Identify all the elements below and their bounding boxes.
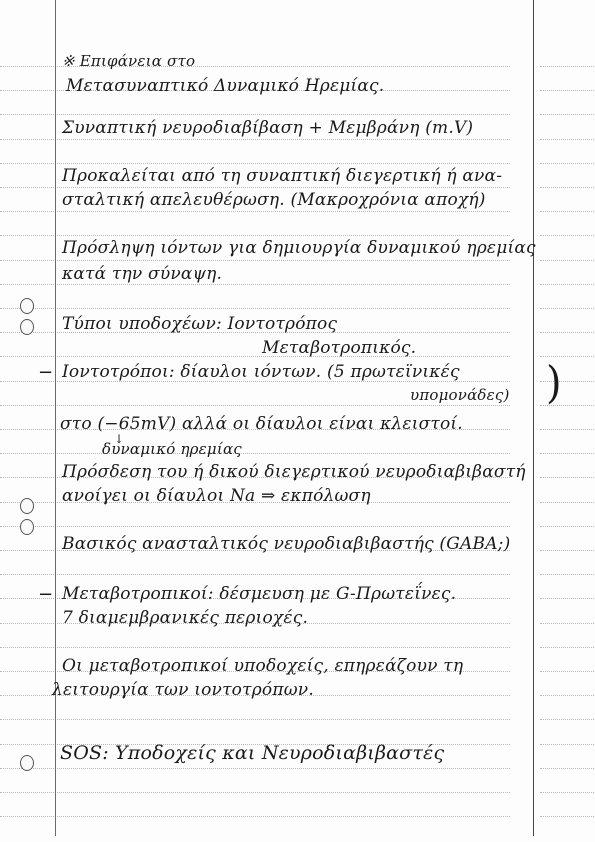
ruled-line [540, 719, 595, 720]
ruled-line [540, 453, 595, 454]
note-line: Πρόσληψη ιόντων για δημιουργία δυναμικού… [62, 238, 536, 258]
ruled-line [0, 114, 510, 115]
ruled-line [540, 332, 595, 333]
note-line: στο (−65mV) αλλά οι δίαυλοι είναι κλειστ… [60, 414, 463, 434]
ruled-line [0, 211, 510, 212]
left-margin-line [55, 0, 56, 836]
ruled-line [540, 139, 595, 140]
ruled-line [0, 453, 510, 454]
note-line: Πρόσδεση του ή δικού διεγερτικού νευροδι… [62, 462, 526, 482]
note-line: λειτουργία των ιοντοτρόπων. [52, 680, 314, 700]
ruled-line [540, 211, 595, 212]
note-line: ※ Επιφάνεια στο [62, 52, 195, 70]
note-line: Μεταβοτροπικοί: δέσμευση με G-Πρωτεΐνες. [62, 584, 456, 604]
ruled-line [540, 526, 595, 527]
ruled-line [540, 477, 595, 478]
ruled-line [0, 163, 510, 164]
note-line: υπομονάδες) [410, 386, 510, 404]
ruled-line [0, 816, 510, 817]
ruled-line [0, 792, 510, 793]
ruled-line [540, 284, 595, 285]
ruled-line [540, 235, 595, 236]
ruled-line [540, 574, 595, 575]
ruled-line [0, 405, 510, 406]
note-line: 7 διαμεμβρανικές περιοχές. [62, 608, 308, 628]
ruled-line [540, 308, 595, 309]
note-line: Προκαλείται από τη συναπτική διεγερτική … [62, 166, 502, 186]
note-line: Βασικός ανασταλτικός νευροδιαβιβαστής (G… [62, 534, 510, 554]
note-line: κατά την σύναψη. [62, 264, 222, 284]
ruled-line [0, 284, 510, 285]
hole-punch [20, 319, 34, 335]
ruled-line [0, 574, 510, 575]
note-line: σταλτική απελευθέρωση. (Μακροχρόνια αποχ… [62, 190, 486, 210]
ruled-line [540, 647, 595, 648]
note-line: Συναπτική νευροδιαβίβαση + Μεμβράνη (m.V… [62, 118, 473, 138]
hole-punch [20, 298, 34, 314]
right-margin-line [533, 0, 534, 836]
note-line: SOS: Υποδοχείς και Νευροδιαβιβαστές [60, 742, 444, 764]
ruled-line [540, 792, 595, 793]
ruled-line [0, 235, 510, 236]
ruled-line [540, 671, 595, 672]
ruled-line [540, 744, 595, 745]
hole-punch [20, 519, 34, 535]
hole-punch [20, 498, 34, 514]
ruled-line [0, 187, 510, 188]
hole-punch [20, 755, 34, 771]
ruled-line [0, 768, 510, 769]
ruled-line [540, 429, 595, 430]
ruled-line [540, 66, 595, 67]
ruled-line [540, 695, 595, 696]
note-line: Τύποι υποδοχέων: Ιοντοτρόπος [62, 314, 337, 334]
ruled-line [540, 768, 595, 769]
closing-paren: ) [546, 358, 562, 409]
notebook-page: ※ Επιφάνεια στο Μετασυναπτικό Δυναμικό Η… [0, 0, 595, 842]
note-line: ανοίγει οι δίαυλοι Na ⇒ εκπόλωση [62, 486, 371, 506]
note-line: Οι μεταβοτροπικοί υποδοχείς, επηρεάζουν … [62, 656, 463, 676]
ruled-line [0, 308, 510, 309]
dash-bullet: − [38, 362, 53, 383]
ruled-line [0, 719, 510, 720]
ruled-line [540, 260, 595, 261]
ruled-line [0, 356, 510, 357]
ruled-line [540, 598, 595, 599]
note-line: Ιοντοτρόποι: δίαυλοι ιόντων. (5 πρωτεϊνι… [62, 362, 460, 382]
ruled-line [540, 816, 595, 817]
dash-bullet: − [38, 584, 53, 605]
note-line: Μεταβοτροπικός. [262, 338, 416, 358]
note-line: δυναμικό ηρεμίας [102, 440, 242, 458]
ruled-line [0, 139, 510, 140]
ruled-line [540, 502, 595, 503]
note-line: Μετασυναπτικό Δυναμικό Ηρεμίας. [66, 76, 384, 96]
ruled-line [540, 187, 595, 188]
ruled-line [540, 163, 595, 164]
ruled-line [540, 114, 595, 115]
ruled-line [0, 647, 510, 648]
ruled-line [540, 623, 595, 624]
ruled-line [0, 260, 510, 261]
ruled-line [540, 550, 595, 551]
ruled-line [540, 90, 595, 91]
ruled-line [0, 526, 510, 527]
